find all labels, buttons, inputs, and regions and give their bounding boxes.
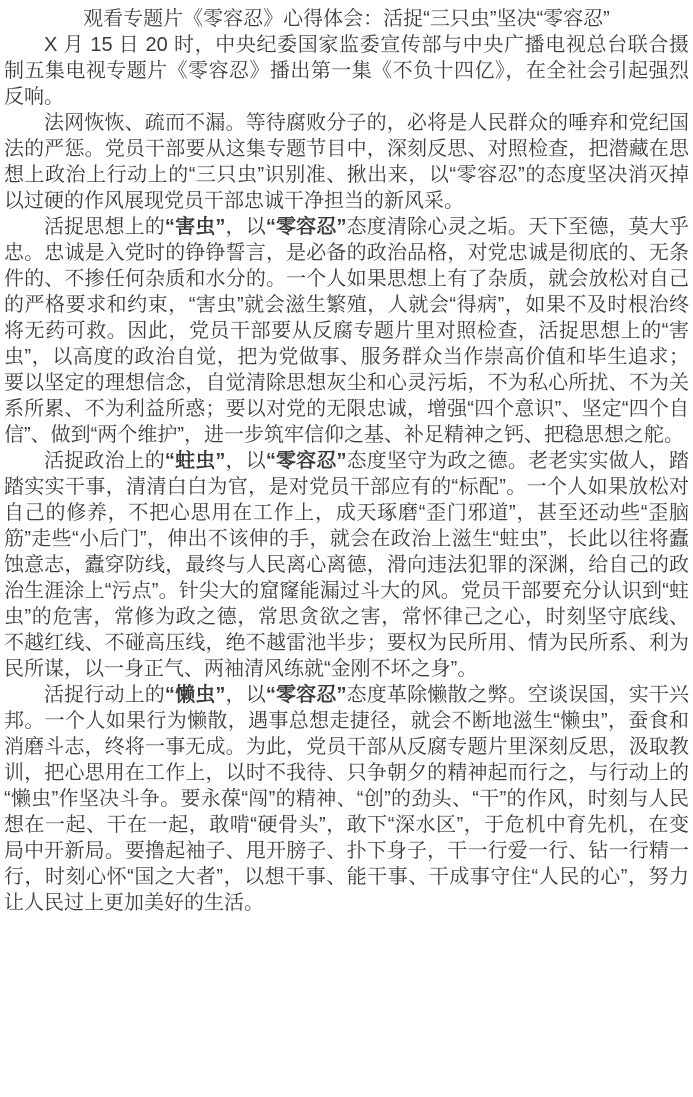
text-run: ，以 [225, 684, 265, 706]
paragraph: 法网恢恢、疏而不漏。等待腐败分子的，必将是人民群众的唾弃和党纪国法的严惩。党员干… [4, 110, 689, 214]
emphasis-run: “零容忍” [266, 216, 347, 238]
paragraph: 活捉思想上的“害虫”，以“零容忍”态度清除心灵之垢。天下至德，莫大乎忠。忠诚是入… [4, 214, 689, 448]
paragraph: 活捉政治上的“蛀虫”，以“零容忍”态度坚守为政之德。老老实实做人，踏踏实实干事，… [4, 448, 689, 682]
emphasis-run: “零容忍” [266, 450, 347, 472]
emphasis-run: “害虫” [165, 216, 225, 238]
text-run: X 月 15 日 20 时，中央纪委国家监委宣传部与中央广播电视总台联合摄制五集… [4, 34, 689, 108]
text-run: 活捉行动上的 [44, 684, 165, 706]
text-run: ，以 [225, 450, 265, 472]
emphasis-run: “零容忍” [266, 684, 347, 706]
document-page: 观看专题片《零容忍》心得体会：活捉“三只虫”坚决“零容忍” X 月 15 日 2… [0, 0, 693, 1097]
document-title: 观看专题片《零容忍》心得体会：活捉“三只虫”坚决“零容忍” [4, 6, 689, 32]
emphasis-run: “懒虫” [165, 684, 225, 706]
emphasis-run: “蛀虫” [165, 450, 225, 472]
text-run: 态度坚守为政之德。老老实实做人，踏踏实实干事，清清白白为官，是对党员干部应有的“… [4, 450, 689, 680]
text-run: ，以 [225, 216, 265, 238]
text-run: 态度清除心灵之垢。天下至德，莫大乎忠。忠诚是入党时的铮铮誓言，是必备的政治品格，… [4, 216, 689, 446]
text-run: 活捉政治上的 [44, 450, 165, 472]
text-run: 法网恢恢、疏而不漏。等待腐败分子的，必将是人民群众的唾弃和党纪国法的严惩。党员干… [4, 112, 689, 212]
paragraph: 活捉行动上的“懒虫”，以“零容忍”态度革除懒散之弊。空谈误国，实干兴邦。一个人如… [4, 682, 689, 916]
text-run: 态度革除懒散之弊。空谈误国，实干兴邦。一个人如果行为懒散，遇事总想走捷径，就会不… [4, 684, 689, 914]
paragraph: X 月 15 日 20 时，中央纪委国家监委宣传部与中央广播电视总台联合摄制五集… [4, 32, 689, 110]
text-run: 活捉思想上的 [44, 216, 165, 238]
document-body: X 月 15 日 20 时，中央纪委国家监委宣传部与中央广播电视总台联合摄制五集… [4, 32, 689, 916]
